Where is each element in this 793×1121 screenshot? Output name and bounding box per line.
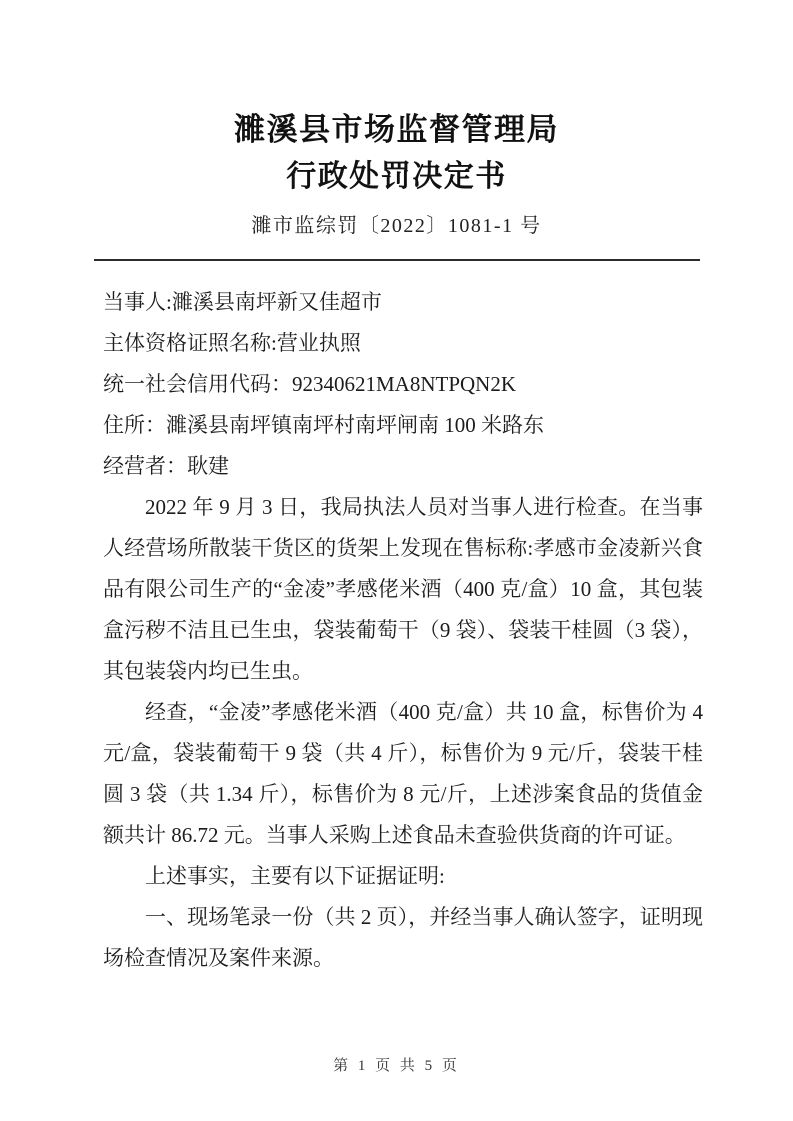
document-number: 濉市监综罚〔2022〕1081-1 号	[0, 209, 793, 238]
agency-title: 濉溪县市场监督管理局	[0, 106, 793, 154]
page-footer: 第 1 页 共 5 页	[0, 1054, 793, 1075]
license-type-line: 主体资格证照名称:营业执照	[103, 323, 703, 364]
evidence-item-1-paragraph: 一、现场笔录一份（共 2 页），并经当事人确认签字，证明现场检查情况及案件来源。	[103, 897, 703, 979]
address-line: 住所：濉溪县南坪镇南坪村南坪闸南 100 米路东	[103, 405, 703, 446]
credit-code-line: 统一社会信用代码：92340621MA8NTPQN2K	[103, 364, 703, 405]
document-type-title: 行政处罚决定书	[0, 154, 793, 200]
document-body: 当事人:濉溪县南坪新又佳超市 主体资格证照名称:营业执照 统一社会信用代码：92…	[103, 282, 703, 979]
document-header: 濉溪县市场监督管理局 行政处罚决定书 濉市监综罚〔2022〕1081-1 号	[0, 0, 793, 261]
operator-line: 经营者：耿建	[103, 446, 703, 487]
evidence-intro-paragraph: 上述事实，主要有以下证据证明:	[103, 856, 703, 897]
party-name-line: 当事人:濉溪县南坪新又佳超市	[103, 282, 703, 323]
investigation-findings-paragraph: 经查，“金凌”孝感佬米酒（400 克/盒）共 10 盒，标售价为 4 元/盒，袋…	[103, 692, 703, 856]
header-divider	[94, 259, 700, 261]
inspection-facts-paragraph: 2022 年 9 月 3 日，我局执法人员对当事人进行检查。在当事人经营场所散装…	[103, 487, 703, 692]
document-page: 濉溪县市场监督管理局 行政处罚决定书 濉市监综罚〔2022〕1081-1 号 当…	[0, 0, 793, 1121]
page-indicator: 第 1 页 共 5 页	[333, 1058, 460, 1074]
